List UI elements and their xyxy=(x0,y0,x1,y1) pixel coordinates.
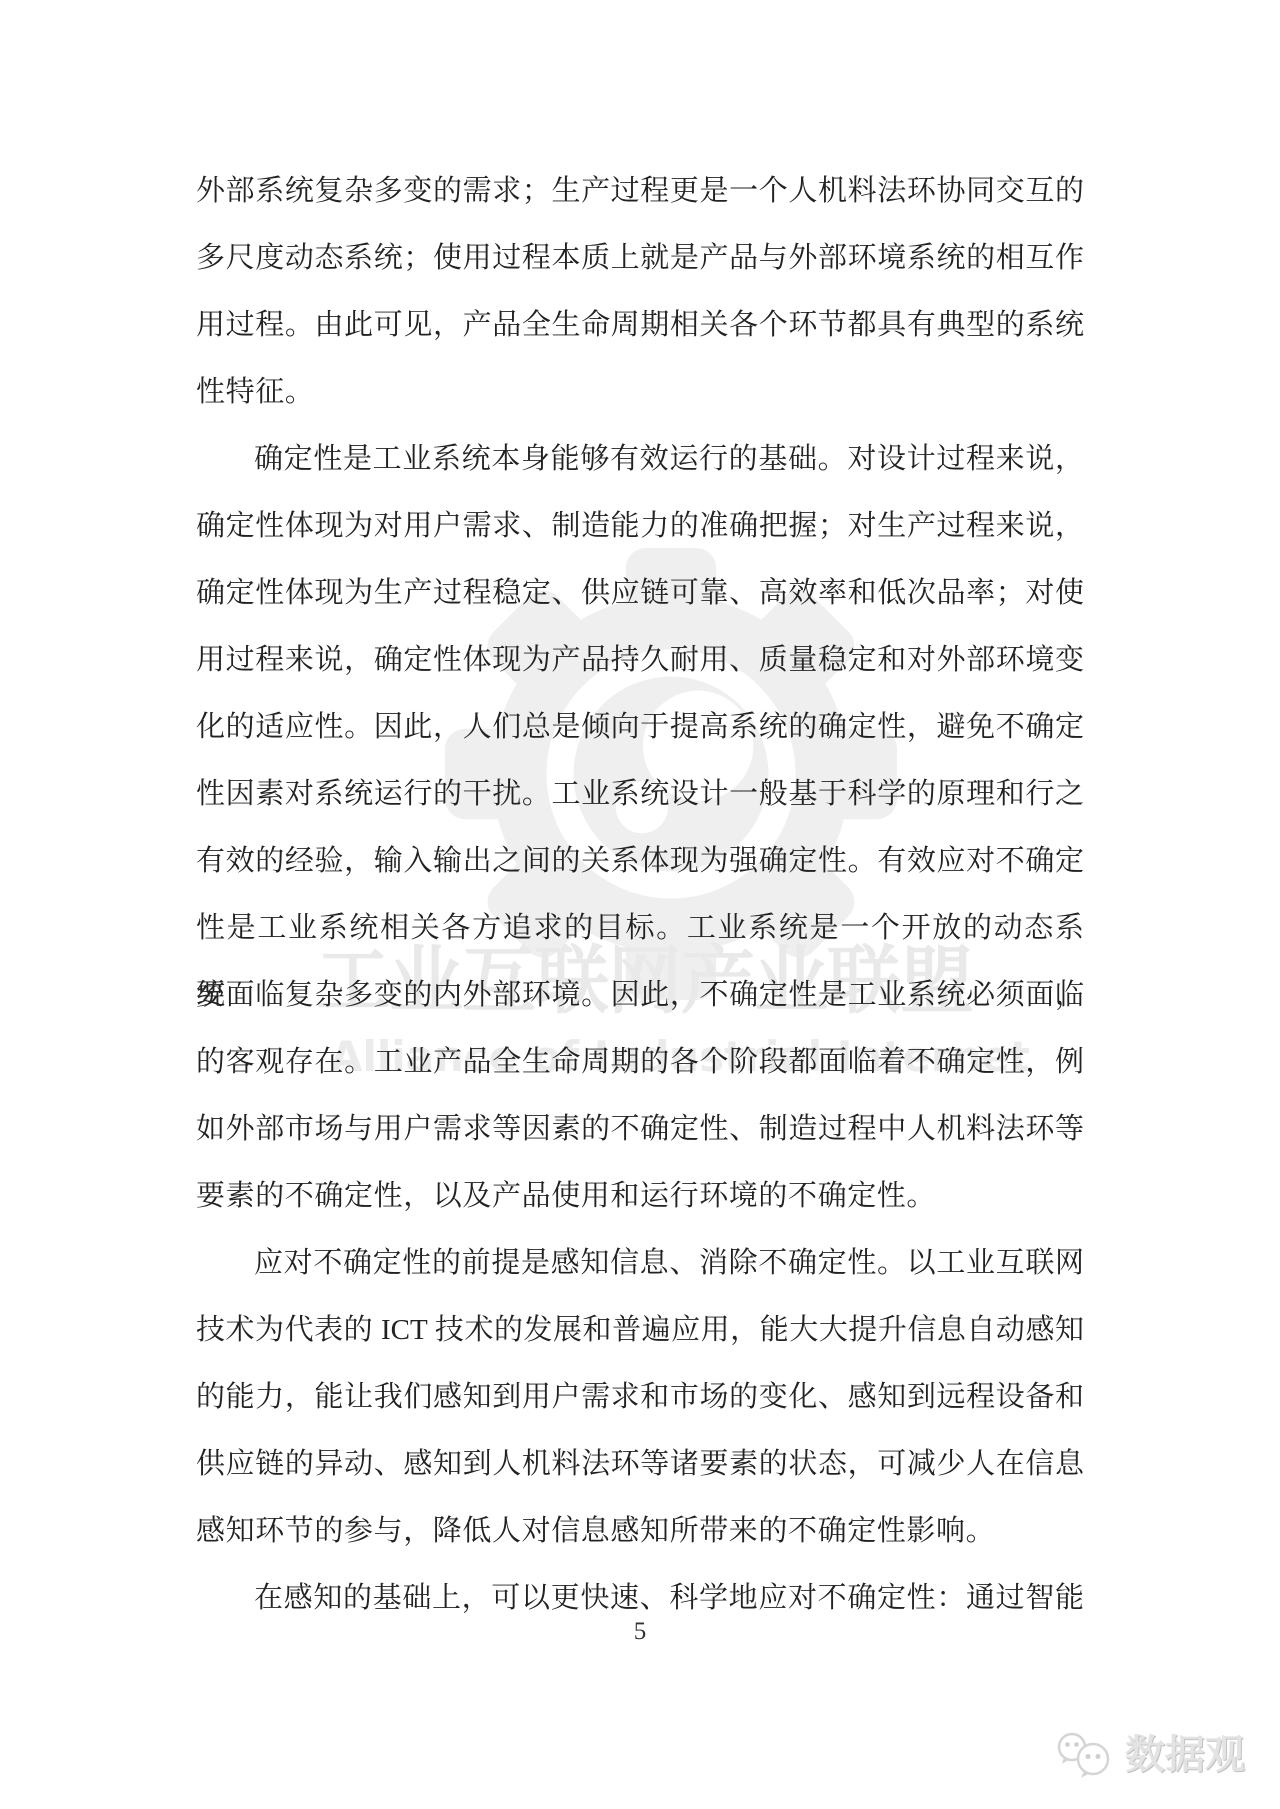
text-line: 外部系统复杂多变的需求；生产过程更是一个人机料法环协同交互的 xyxy=(196,158,1084,225)
text-line: 要面临复杂多变的内外部环境。因此，不确定性是工业系统必须面临 xyxy=(196,962,1084,1029)
text-line: 应对不确定性的前提是感知信息、消除不确定性。以工业互联网 xyxy=(196,1230,1084,1297)
text-line: 用过程。由此可见，产品全生命周期相关各个环节都具有典型的系统 xyxy=(196,292,1084,359)
text-line: 确定性体现为对用户需求、制造能力的准确把握；对生产过程来说， xyxy=(196,493,1084,560)
brand-logo: 数据观 xyxy=(1053,1731,1245,1779)
text-line: 供应链的异动、感知到人机料法环等诸要素的状态，可减少人在信息 xyxy=(196,1431,1084,1498)
chat-bubbles-icon xyxy=(1053,1731,1115,1779)
text-line: 多尺度动态系统；使用过程本质上就是产品与外部环境系统的相互作 xyxy=(196,225,1084,292)
text-line: 性特征。 xyxy=(196,359,1084,426)
text-line: 确定性体现为生产过程稳定、供应链可靠、高效率和低次品率；对使 xyxy=(196,560,1084,627)
text-line: 性是工业系统相关各方追求的目标。工业系统是一个开放的动态系统， xyxy=(196,895,1084,962)
text-line: 如外部市场与用户需求等因素的不确定性、制造过程中人机料法环等 xyxy=(196,1096,1084,1163)
text-line: 技术为代表的 ICT 技术的发展和普遍应用，能大大提升信息自动感知 xyxy=(196,1297,1084,1364)
page-number: 5 xyxy=(196,1618,1084,1646)
document-page: 工业互联网产业联盟 Alliance of Industrial Interne… xyxy=(0,0,1280,1809)
text-line: 化的适应性。因此，人们总是倾向于提高系统的确定性，避免不确定 xyxy=(196,694,1084,761)
text-line: 的客观存在。工业产品全生命周期的各个阶段都面临着不确定性，例 xyxy=(196,1029,1084,1096)
text-line: 有效的经验，输入输出之间的关系体现为强确定性。有效应对不确定 xyxy=(196,828,1084,895)
text-line: 确定性是工业系统本身能够有效运行的基础。对设计过程来说， xyxy=(196,426,1084,493)
text-line: 感知环节的参与，降低人对信息感知所带来的不确定性影响。 xyxy=(196,1498,1084,1565)
text-line: 性因素对系统运行的干扰。工业系统设计一般基于科学的原理和行之 xyxy=(196,761,1084,828)
text-line: 要素的不确定性，以及产品使用和运行环境的不确定性。 xyxy=(196,1163,1084,1230)
body-text: 外部系统复杂多变的需求；生产过程更是一个人机料法环协同交互的 多尺度动态系统；使… xyxy=(196,158,1084,1632)
brand-name: 数据观 xyxy=(1125,1735,1245,1775)
text-line: 用过程来说，确定性体现为产品持久耐用、质量稳定和对外部环境变 xyxy=(196,627,1084,694)
text-line: 的能力，能让我们感知到用户需求和市场的变化、感知到远程设备和 xyxy=(196,1364,1084,1431)
